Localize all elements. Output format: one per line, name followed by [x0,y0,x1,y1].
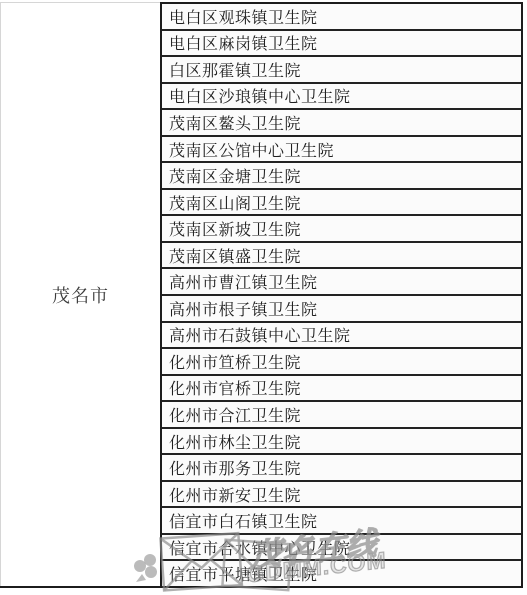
table-row: 化州市合江卫生院 [162,402,521,429]
facility-name: 高州市曹江镇卫生院 [169,270,318,293]
facility-name: 信宜市合水镇中心卫生院 [169,536,351,559]
facility-name: 高州市根子镇卫生院 [169,297,318,320]
facility-name: 化州市笪桥卫生院 [169,350,301,373]
table-row: 高州市根子镇卫生院 [162,296,521,323]
health-center-table: 茂名市 电白区观珠镇卫生院电白区麻岗镇卫生院白区那霍镇卫生院电白区沙琅镇中心卫生… [0,2,523,588]
facility-name: 茂南区镇盛卫生院 [169,244,301,267]
facility-list: 电白区观珠镇卫生院电白区麻岗镇卫生院白区那霍镇卫生院电白区沙琅镇中心卫生院茂南区… [160,2,523,586]
table-screenshot: 茂名市 电白区观珠镇卫生院电白区麻岗镇卫生院白区那霍镇卫生院电白区沙琅镇中心卫生… [0,0,527,595]
table-row: 电白区观珠镇卫生院 [162,4,521,31]
table-row: 茂南区公馆中心卫生院 [162,137,521,164]
table-row: 茂南区山阁卫生院 [162,190,521,217]
table-row: 白区那霍镇卫生院 [162,57,521,84]
facility-name: 信宜市白石镇卫生院 [169,509,318,532]
facility-name: 化州市林尘卫生院 [169,430,301,453]
facility-name: 化州市那务卫生院 [169,456,301,479]
table-row: 化州市那务卫生院 [162,455,521,482]
facility-name: 化州市官桥卫生院 [169,376,301,399]
facility-name: 白区那霍镇卫生院 [169,58,301,81]
table-row: 电白区沙琅镇中心卫生院 [162,84,521,111]
table-row: 化州市新安卫生院 [162,482,521,509]
table-row: 高州市石鼓镇中心卫生院 [162,323,521,350]
table-row: 茂南区鳌头卫生院 [162,110,521,137]
city-label: 茂名市 [52,282,109,308]
table-row: 茂南区镇盛卫生院 [162,243,521,270]
facility-name: 电白区观珠镇卫生院 [169,5,318,28]
facility-name: 信宜市平塘镇卫生院 [169,562,318,585]
table-row: 电白区麻岗镇卫生院 [162,31,521,58]
table-row: 高州市曹江镇卫生院 [162,269,521,296]
table-row: 化州市林尘卫生院 [162,429,521,456]
facility-name: 电白区麻岗镇卫生院 [169,31,318,54]
city-cell: 茂名市 [0,2,160,586]
table-row: 信宜市合水镇中心卫生院 [162,535,521,562]
facility-name: 电白区沙琅镇中心卫生院 [169,84,351,107]
table-row: 茂南区新坡卫生院 [162,216,521,243]
table-row: 化州市笪桥卫生院 [162,349,521,376]
table-row: 化州市官桥卫生院 [162,376,521,403]
facility-name: 茂南区鳌头卫生院 [169,111,301,134]
facility-name: 茂南区山阁卫生院 [169,191,301,214]
facility-name: 化州市合江卫生院 [169,403,301,426]
facility-name: 茂南区新坡卫生院 [169,217,301,240]
table-row: 茂南区金塘卫生院 [162,163,521,190]
facility-name: 化州市新安卫生院 [169,483,301,506]
table-row: 信宜市白石镇卫生院 [162,508,521,535]
facility-name: 茂南区公馆中心卫生院 [169,138,334,161]
table-row: 信宜市平塘镇卫生院 [162,561,521,586]
facility-name: 高州市石鼓镇中心卫生院 [169,323,351,346]
facility-name: 茂南区金塘卫生院 [169,164,301,187]
